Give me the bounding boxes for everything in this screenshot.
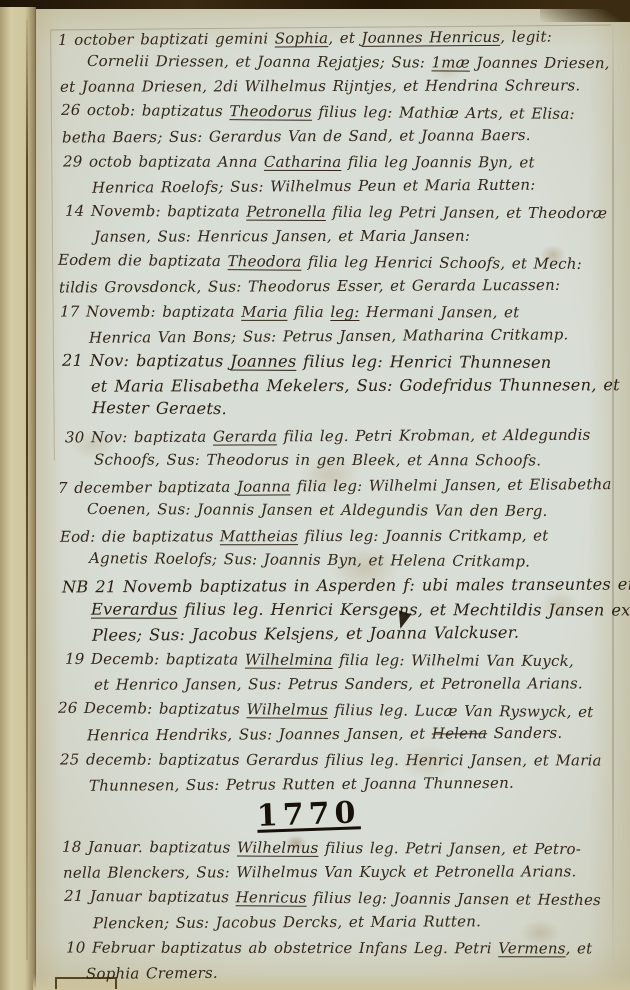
text-segment: 25 decemb: baptizatus Gerardus filius le… [60,751,602,770]
register-line: 10 Februar baptizatus ab obstetrice Infa… [66,936,618,961]
text-segment: filius leg: Joannis Critkamp, et [298,526,548,545]
baptism-entry: 30 Nov: baptizata Gerarda filia leg. Pet… [62,424,614,472]
text-segment: Hester Geraets. [92,398,227,418]
text-segment: et Joanna Driesen, 2di Wilhelmus Rijntje… [60,76,580,95]
register-line: tildis Grovsdonck, Sus: Theodorus Esser,… [59,273,611,300]
text-segment: Eodem die baptizata [58,251,228,270]
register-line: Hester Geraets. [64,396,616,424]
register-line: 26 octob: baptizatus Theodorus filius le… [61,98,613,126]
register-line: 30 Nov: baptizata Gerarda filia leg. Pet… [65,423,617,450]
book-corner-shadow [540,0,630,22]
register-line: betha Baers; Sus: Gerardus Van de Sand, … [62,123,614,150]
underlined-name: Wilhelmus [246,700,328,719]
register-line: Schoofs, Sus: Theodorus in gen Bleek, et… [66,448,618,473]
text-segment: filius leg. Petri Jansen, et Petro- [318,839,581,858]
register-line: 21 Januar baptizatus Henricus filius leg… [64,884,616,912]
text-segment: 17 Novemb: baptizata [60,303,241,321]
underlined-name: Mattheias [220,527,298,545]
text-segment: 21 Nov: baptizatus [62,351,230,371]
baptism-entry: 1 october baptizati gemini Sophia, et Jo… [62,26,614,98]
text-segment: Jansen, Sus: Henricus Jansen, et Maria J… [94,227,470,246]
text-segment: Henrica Van Bons; Sus: Petrus Jansen, Ma… [89,325,569,346]
text-segment: betha Baers; Sus: Gerardus Van de Sand, … [62,126,531,146]
text-segment: Agnetis Roelofs; Sus: Joannis Byn, et He… [89,549,530,570]
register-line: et Joanna Driesen, 2di Wilhelmus Rijntje… [60,73,612,98]
baptism-entry: 7 december baptizata Joanna filia leg: W… [62,474,614,522]
baptism-entry: 25 decemb: baptizatus Gerardus filius le… [62,748,614,796]
text-segment: filia leg: Wilhelmi Van Kuyck, [333,651,574,670]
text-segment: tildis Grovsdonck, Sus: Theodorus Esser,… [59,276,560,297]
text-segment: filia leg: Wilhelmi Jansen, et Elisabeth… [290,475,611,495]
underlined-name: Everardus [91,600,178,619]
baptism-entry: 21 Nov: baptizatus Joannes filius leg: H… [62,350,614,422]
text-segment: , et [328,29,361,47]
text-segment: Sanders. [487,724,562,742]
register-line: 29 octob baptizata Anna Catharina filia … [63,150,615,175]
text-segment: filia leg. Petri Krobman, et Aldegundis [277,426,591,446]
underlined-name: Joanna [237,477,291,495]
manuscript-scan: 1 october baptizati gemini Sophia, et Jo… [0,0,630,990]
register-line: 1 october baptizati gemini Sophia, et Jo… [58,24,610,52]
text-segment: Thunnesen, Sus: Petrus Rutten et Joanna … [89,774,514,795]
text-segment: Plees; Sus: Jacobus Kelsjens, et Joanna … [92,623,519,645]
text-segment: filius leg: Joannis Jansen et Hesthes [307,889,601,909]
text-segment: Henrica Hendriks, Sus: Joannes Jansen, e… [87,725,432,745]
underlined-name: Sophia [275,29,329,47]
register-line: NB 21 Novemb baptizatus in Asperden f: u… [62,573,614,600]
text-segment: 18 Januar. baptizatus [62,838,237,857]
register-line: Eod: die baptizatus Mattheias filius leg… [60,523,612,548]
register-line: Eodem die baptizata Theodora filia leg H… [58,248,610,276]
text-segment: Cornelii Driessen, et Joanna Rejatjes; S… [87,52,432,72]
text-segment: 26 Decemb: baptizatus [58,699,247,718]
baptism-entry: 26 octob: baptizatus Theodorus filius le… [62,100,614,148]
text-segment: filia leg Joannis Byn, et [341,153,534,171]
struck-name: Helena [432,724,488,742]
text-segment: Schoofs, Sus: Theodorus in gen Bleek, et… [94,451,541,470]
register-line: Henrica Van Bons; Sus: Petrus Jansen, Ma… [61,322,613,350]
baptism-entry: 21 Januar baptizatus Henricus filius leg… [62,886,614,934]
register-line: 21 Nov: baptizatus Joannes filius leg: H… [62,349,614,375]
text-segment: Plencken; Sus: Jacobus Dercks, et Maria … [93,912,481,932]
text-segment: 19 Decemb: baptizata [65,650,245,669]
register-line: 14 Novemb: baptizata Petronella filia le… [65,199,617,225]
underlined-name: Catharina [264,153,341,171]
text-segment: Coenen, Sus: Joannis Jansen et Aldegundi… [87,500,548,520]
baptism-entry: 26 Decemb: baptizatus Wilhelmus filius l… [62,698,614,746]
underlined-name: 1mæ [431,53,470,71]
text-segment: 29 octob baptizata Anna [63,153,264,171]
book-top-edge [0,0,630,9]
register-line: Coenen, Sus: Joannis Jansen et Aldegundi… [59,497,611,523]
baptism-entry: 14 Novemb: baptizata Petronella filia le… [62,200,614,248]
underlined-name: leg: [330,303,359,321]
underlined-name: Henricus [236,888,307,907]
text-segment: filius leg: Mathiæ Arts, et Elisa: [312,103,575,123]
text-segment: 10 Februar baptizatus ab obstetrice Infa… [66,939,498,958]
register-line: 17 Novemb: baptizata Maria filia leg: He… [60,300,612,325]
text-segment: 26 octob: baptizatus [61,101,230,120]
register-line: Henrica Hendriks, Sus: Joannes Jansen, e… [59,721,611,748]
underlined-name: Maria [241,303,287,321]
underlined-name: Joannes Henricus [361,28,500,47]
register-line: 18 Januar. baptizatus Wilhelmus filius l… [62,835,614,861]
text-segment: Eod: die baptizatus [60,527,220,545]
baptism-entry: NB 21 Novemb baptizatus in Asperden f: u… [62,574,614,646]
text-segment: filia leg Henrici Schoofs, et Mech: [301,253,582,273]
text-segment: 7 december baptizata [58,478,237,497]
register-line: Plencken; Sus: Jacobus Dercks, et Maria … [65,909,617,936]
register-line: 25 decemb: baptizatus Gerardus filius le… [60,748,612,773]
underlined-name: Wilhelmina [245,651,333,669]
text-segment: Joannes Driesen, [470,54,610,73]
register-line: Sophia Cremers. [58,958,610,986]
register-line: 26 Decemb: baptizatus Wilhelmus filius l… [58,696,610,724]
register-line: nella Blenckers, Sus: Wilhelmus Van Kuyc… [63,859,615,884]
baptism-entry: 10 Februar baptizatus ab obstetrice Infa… [62,936,614,984]
register-line: Thunnesen, Sus: Petrus Rutten et Joanna … [61,770,613,798]
baptism-entry: 19 Decemb: baptizata Wilhelmina filia le… [62,648,614,696]
binding-edge [0,7,36,990]
text-segment: 21 Januar baptizatus [64,887,236,906]
register-line: et Henrico Jansen, Sus: Petrus Sanders, … [66,671,618,696]
underlined-name: Theodora [227,252,301,271]
baptism-entry: 18 Januar. baptizatus Wilhelmus filius l… [62,836,614,884]
register-line: 19 Decemb: baptizata Wilhelmina filia le… [65,647,617,673]
register-line: Jansen, Sus: Henricus Jansen, et Maria J… [66,223,618,248]
text-segment: nella Blenckers, Sus: Wilhelmus Van Kuyc… [63,862,577,881]
underlined-name: Petronella [246,203,326,221]
register-line: Everardus filius leg. Henrici Kersgens, … [63,598,615,623]
text-segment: Sophia Cremers. [86,964,218,983]
register-line: 7 december baptizata Joanna filia leg: W… [58,472,610,500]
text-segment: et Maria Elisabetha Mekelers, Sus: Godef… [91,375,620,395]
underlined-name: Joannes [230,352,296,371]
text-segment: Henrica Roelofs; Sus: Wilhelmus Peun et … [92,176,536,197]
underlined-name: Theodorus [229,102,312,121]
text-segment: filia [287,303,330,321]
text-segment: 30 Nov: baptizata [65,428,213,447]
underlined-name: Gerarda [213,427,277,445]
register-line: Henrica Roelofs; Sus: Wilhelmus Peun et … [64,172,616,200]
binding-crease-line [26,20,28,960]
text-segment: filia leg Petri Jansen, et Theodoræ [326,203,607,222]
baptism-entry: 17 Novemb: baptizata Maria filia leg: He… [62,300,614,348]
text-segment: Hermani Jansen, et [359,303,519,321]
text-segment: et Henrico Jansen, Sus: Petrus Sanders, … [94,674,583,693]
baptism-entry: Eod: die baptizatus Mattheias filius leg… [62,524,614,572]
text-segment: filius leg: Henrici Thunnesen [296,352,551,372]
text-segment: , et [566,939,593,957]
text-segment: , legit: [500,28,552,46]
text-segment: filius leg. Lucæ Van Ryswyck, et [328,701,594,721]
underlined-name: Wilhelmus [237,839,319,857]
text-segment: NB 21 Novemb baptizatus in Asperden f: u… [62,574,630,596]
register-line: Plees; Sus: Jacobus Kelsjens, et Joanna … [64,620,616,648]
year-heading: 1770 [256,796,367,838]
text-segment: 14 Novemb: baptizata [65,202,246,221]
register-line: Agnetis Roelofs; Sus: Joannis Byn, et He… [61,546,613,574]
baptism-entry: Eodem die baptizata Theodora filia leg H… [62,250,614,298]
text-segment: 1 october baptizati gemini [58,29,275,49]
register-text: 1 october baptizati gemini Sophia, et Jo… [62,26,614,986]
underlined-name: Vermens [498,939,565,957]
register-line: et Maria Elisabetha Mekelers, Sus: Godef… [63,373,615,398]
register-line: Cornelii Driessen, et Joanna Rejatjes; S… [59,49,611,75]
baptism-entry: 29 octob baptizata Anna Catharina filia … [62,150,614,198]
